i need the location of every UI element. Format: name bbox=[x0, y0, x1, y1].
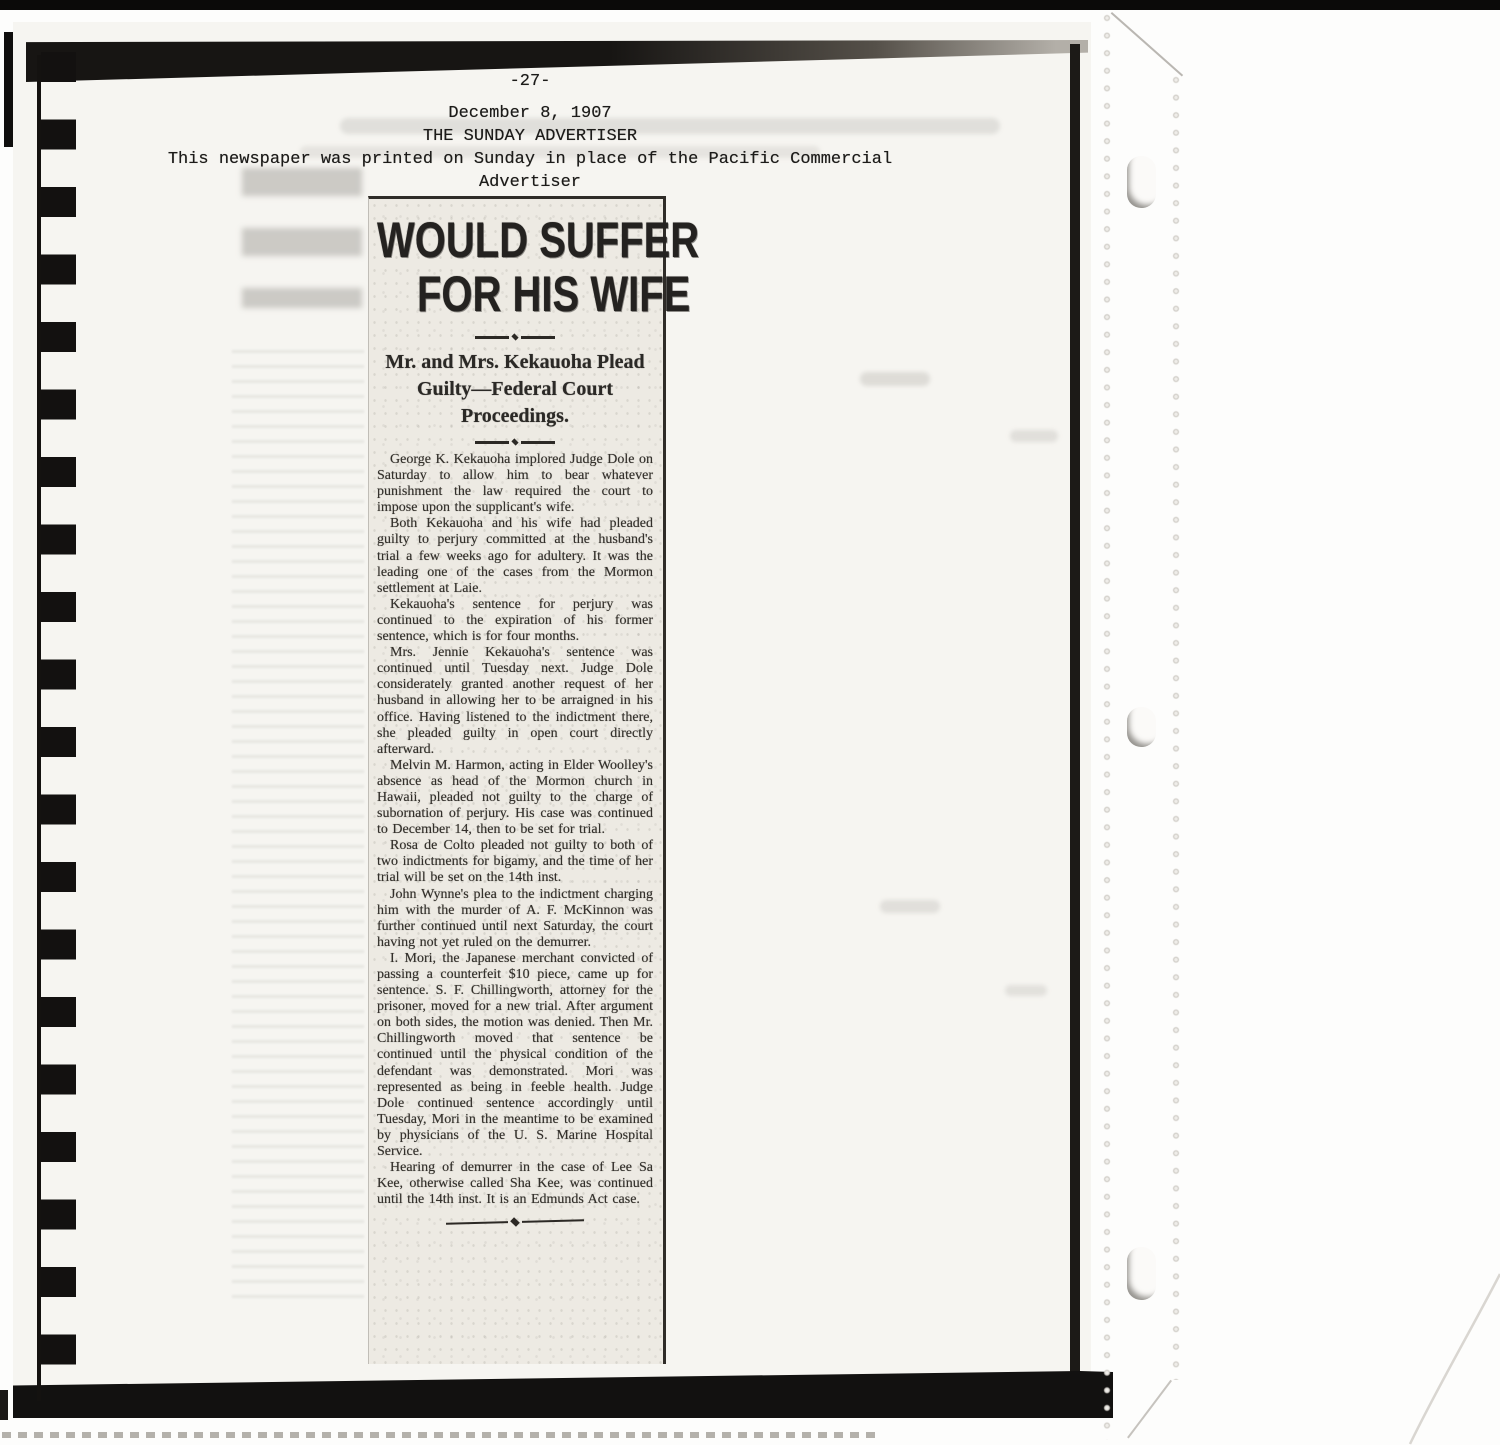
subhead-divider bbox=[377, 439, 653, 445]
sheet-protector-bottom-perforation bbox=[2, 1432, 882, 1438]
publication-name: THE SUNDAY ADVERTISER bbox=[60, 125, 1000, 148]
comb-binding-tabs bbox=[41, 52, 76, 1402]
article-paragraph: Hearing of demurrer in the case of Lee S… bbox=[377, 1160, 653, 1208]
article-paragraph: John Wynne's plea to the indictment char… bbox=[377, 887, 653, 951]
divider-bar bbox=[521, 336, 555, 339]
article-paragraph: Mrs. Jennie Kekauoha's sentence was cont… bbox=[377, 645, 653, 758]
divider-bar bbox=[521, 441, 555, 444]
article-paragraph: Both Kekauoha and his wife had pleaded g… bbox=[377, 516, 653, 596]
article-paragraph: Rosa de Colto pleaded not guilty to both… bbox=[377, 838, 653, 886]
bleedthrough-text-column bbox=[232, 350, 364, 1310]
binder-punch-hole-middle bbox=[1127, 707, 1156, 747]
page-right-scan-edge bbox=[1070, 44, 1080, 1386]
clipping-subhead: Mr. and Mrs. Kekauoha Plead Guilty—Feder… bbox=[377, 349, 653, 430]
divider-diamond bbox=[511, 438, 518, 445]
note-line-1: This newspaper was printed on Sunday in … bbox=[60, 148, 1000, 171]
clipping-headline-line-2: FOR HIS WIFE bbox=[377, 267, 598, 321]
headline-divider bbox=[377, 334, 653, 340]
clipping-headline-line-1: WOULD SUFFER bbox=[377, 213, 598, 267]
subhead-line-2: Guilty—Federal Court bbox=[377, 376, 653, 403]
binder-punch-hole-top bbox=[1127, 156, 1156, 208]
divider-bar bbox=[446, 1221, 508, 1225]
article-paragraph: Melvin M. Harmon, acting in Elder Woolle… bbox=[377, 758, 653, 838]
scanned-archive-page: -27- December 8, 1907 THE SUNDAY ADVERTI… bbox=[0, 0, 1500, 1445]
binder-punch-hole-bottom bbox=[1127, 1247, 1156, 1300]
sheet-protector-perforation-column-right bbox=[1170, 72, 1183, 1380]
sheet-protector-perforation-column-left bbox=[1101, 10, 1114, 1440]
note-line-2: Advertiser bbox=[60, 171, 1000, 194]
page-curl-arc bbox=[1408, 1272, 1500, 1445]
page-number: -27- bbox=[60, 70, 1000, 93]
article-paragraph: I. Mori, the Japanese merchant convicted… bbox=[377, 951, 653, 1160]
scan-left-edge-mark bbox=[4, 32, 13, 147]
divider-diamond bbox=[510, 1218, 520, 1228]
date-line: December 8, 1907 bbox=[60, 102, 1000, 125]
bleedthrough-smudge bbox=[1005, 985, 1047, 996]
sheet-protector-corner-crease-top bbox=[1111, 12, 1183, 76]
divider-bar bbox=[475, 441, 509, 444]
article-body: George K. Kekauoha implored Judge Dole o… bbox=[377, 452, 653, 1208]
bleedthrough-smudge bbox=[1010, 430, 1058, 442]
bleedthrough-smudge bbox=[860, 372, 930, 386]
article-end-rule bbox=[377, 1215, 653, 1230]
sheet-protector-corner-crease-bottom bbox=[1127, 1380, 1172, 1439]
newspaper-clipping: WOULD SUFFER FOR HIS WIFE Mr. and Mrs. K… bbox=[368, 196, 666, 1364]
divider-bar bbox=[475, 336, 509, 339]
bleedthrough-smudge bbox=[880, 900, 940, 913]
divider-bar bbox=[522, 1219, 584, 1223]
typed-header-block: -27- December 8, 1907 THE SUNDAY ADVERTI… bbox=[60, 70, 1000, 194]
divider-diamond bbox=[511, 333, 518, 340]
subhead-line-3: Proceedings. bbox=[377, 403, 653, 430]
scan-left-edge-mark-bottom bbox=[0, 1390, 8, 1420]
subhead-line-1: Mr. and Mrs. Kekauoha Plead bbox=[377, 349, 653, 376]
article-paragraph: George K. Kekauoha implored Judge Dole o… bbox=[377, 452, 653, 516]
article-paragraph: Kekauoha's sentence for perjury was cont… bbox=[377, 597, 653, 645]
scan-top-edge-bar bbox=[0, 0, 1500, 10]
